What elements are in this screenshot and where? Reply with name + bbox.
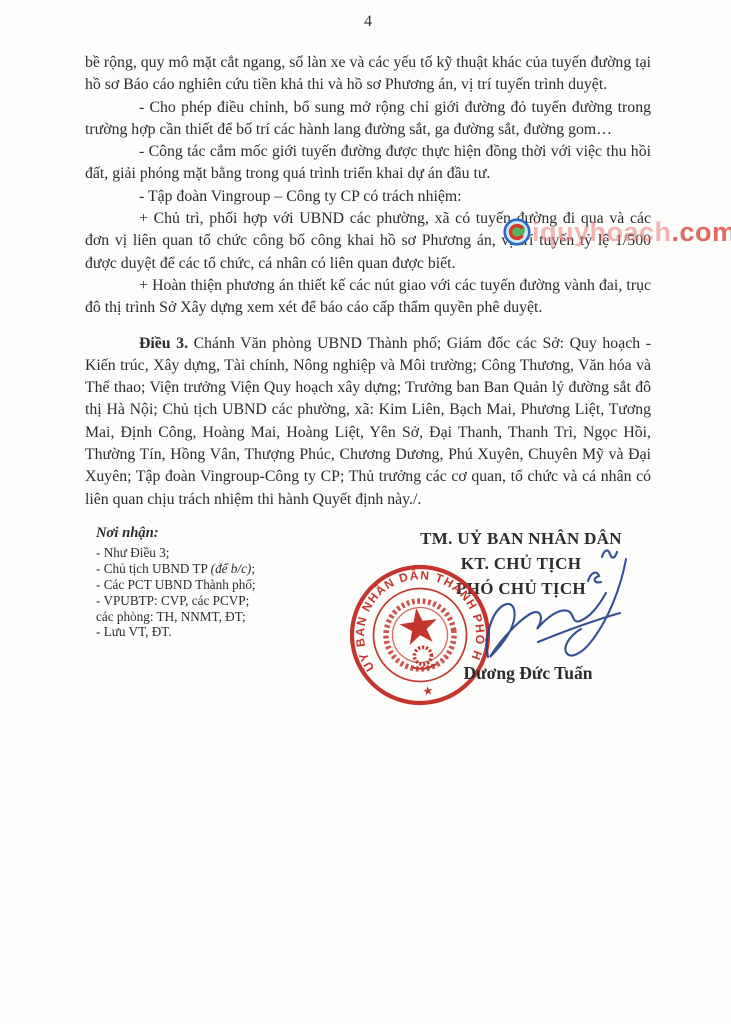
recipient-item: - Lưu VT, ĐT. xyxy=(96,624,256,640)
recipient-item-note: (để b/c) xyxy=(211,561,252,576)
recipient-item: - Như Điều 3; xyxy=(96,545,256,561)
recipients-block: Nơi nhận: - Như Điều 3; - Chủ tịch UBND … xyxy=(96,526,256,640)
recipient-item-text: - Chủ tịch UBND TP xyxy=(96,561,211,576)
recipients-title: Nơi nhận: xyxy=(96,526,256,542)
seal-star: ★ xyxy=(422,683,435,698)
body-paragraph: bề rộng, quy mô mặt cắt ngang, số làn xe… xyxy=(85,52,651,97)
initial-mark-icon xyxy=(588,573,601,583)
body-paragraph: - Cho phép điều chỉnh, bổ sung mở rộng c… xyxy=(85,97,651,142)
body-paragraph: - Tập đoàn Vingroup – Công ty CP có trác… xyxy=(85,186,651,208)
initial-mark-icon xyxy=(602,550,617,557)
article-3-paragraph: Điều 3. Chánh Văn phòng UBND Thành phố; … xyxy=(85,333,651,511)
document-page: 4 bề rộng, quy mô mặt cắt ngang, số làn … xyxy=(0,0,731,1024)
recipient-item: - Các PCT UBND Thành phố; xyxy=(96,577,256,593)
recipient-item: - VPUBTP: CVP, các PCVP; xyxy=(96,593,256,609)
document-body: bề rộng, quy mô mặt cắt ngang, số làn xe… xyxy=(85,52,651,511)
signer-name: Dương Đức Tuấn xyxy=(408,663,648,684)
watermark-site-tld: .com xyxy=(672,217,731,247)
article-3-text: Chánh Văn phòng UBND Thành phố; Giám đốc… xyxy=(85,335,651,508)
body-paragraph: + Chủ trì, phối hợp với UBND các phường,… xyxy=(85,208,651,275)
body-paragraph: + Hoàn thiện phương án thiết kế các nút … xyxy=(85,275,651,320)
recipient-item: - Chủ tịch UBND TP (để b/c); xyxy=(96,561,256,577)
body-paragraph: - Công tác cắm mốc giới tuyến đường được… xyxy=(85,141,651,186)
recipient-item-text: ; xyxy=(251,561,255,576)
article-3-label: Điều 3. xyxy=(139,335,188,352)
page-number: 4 xyxy=(85,13,651,31)
recipient-item: các phòng: TH, NNMT, ĐT; xyxy=(96,609,256,625)
